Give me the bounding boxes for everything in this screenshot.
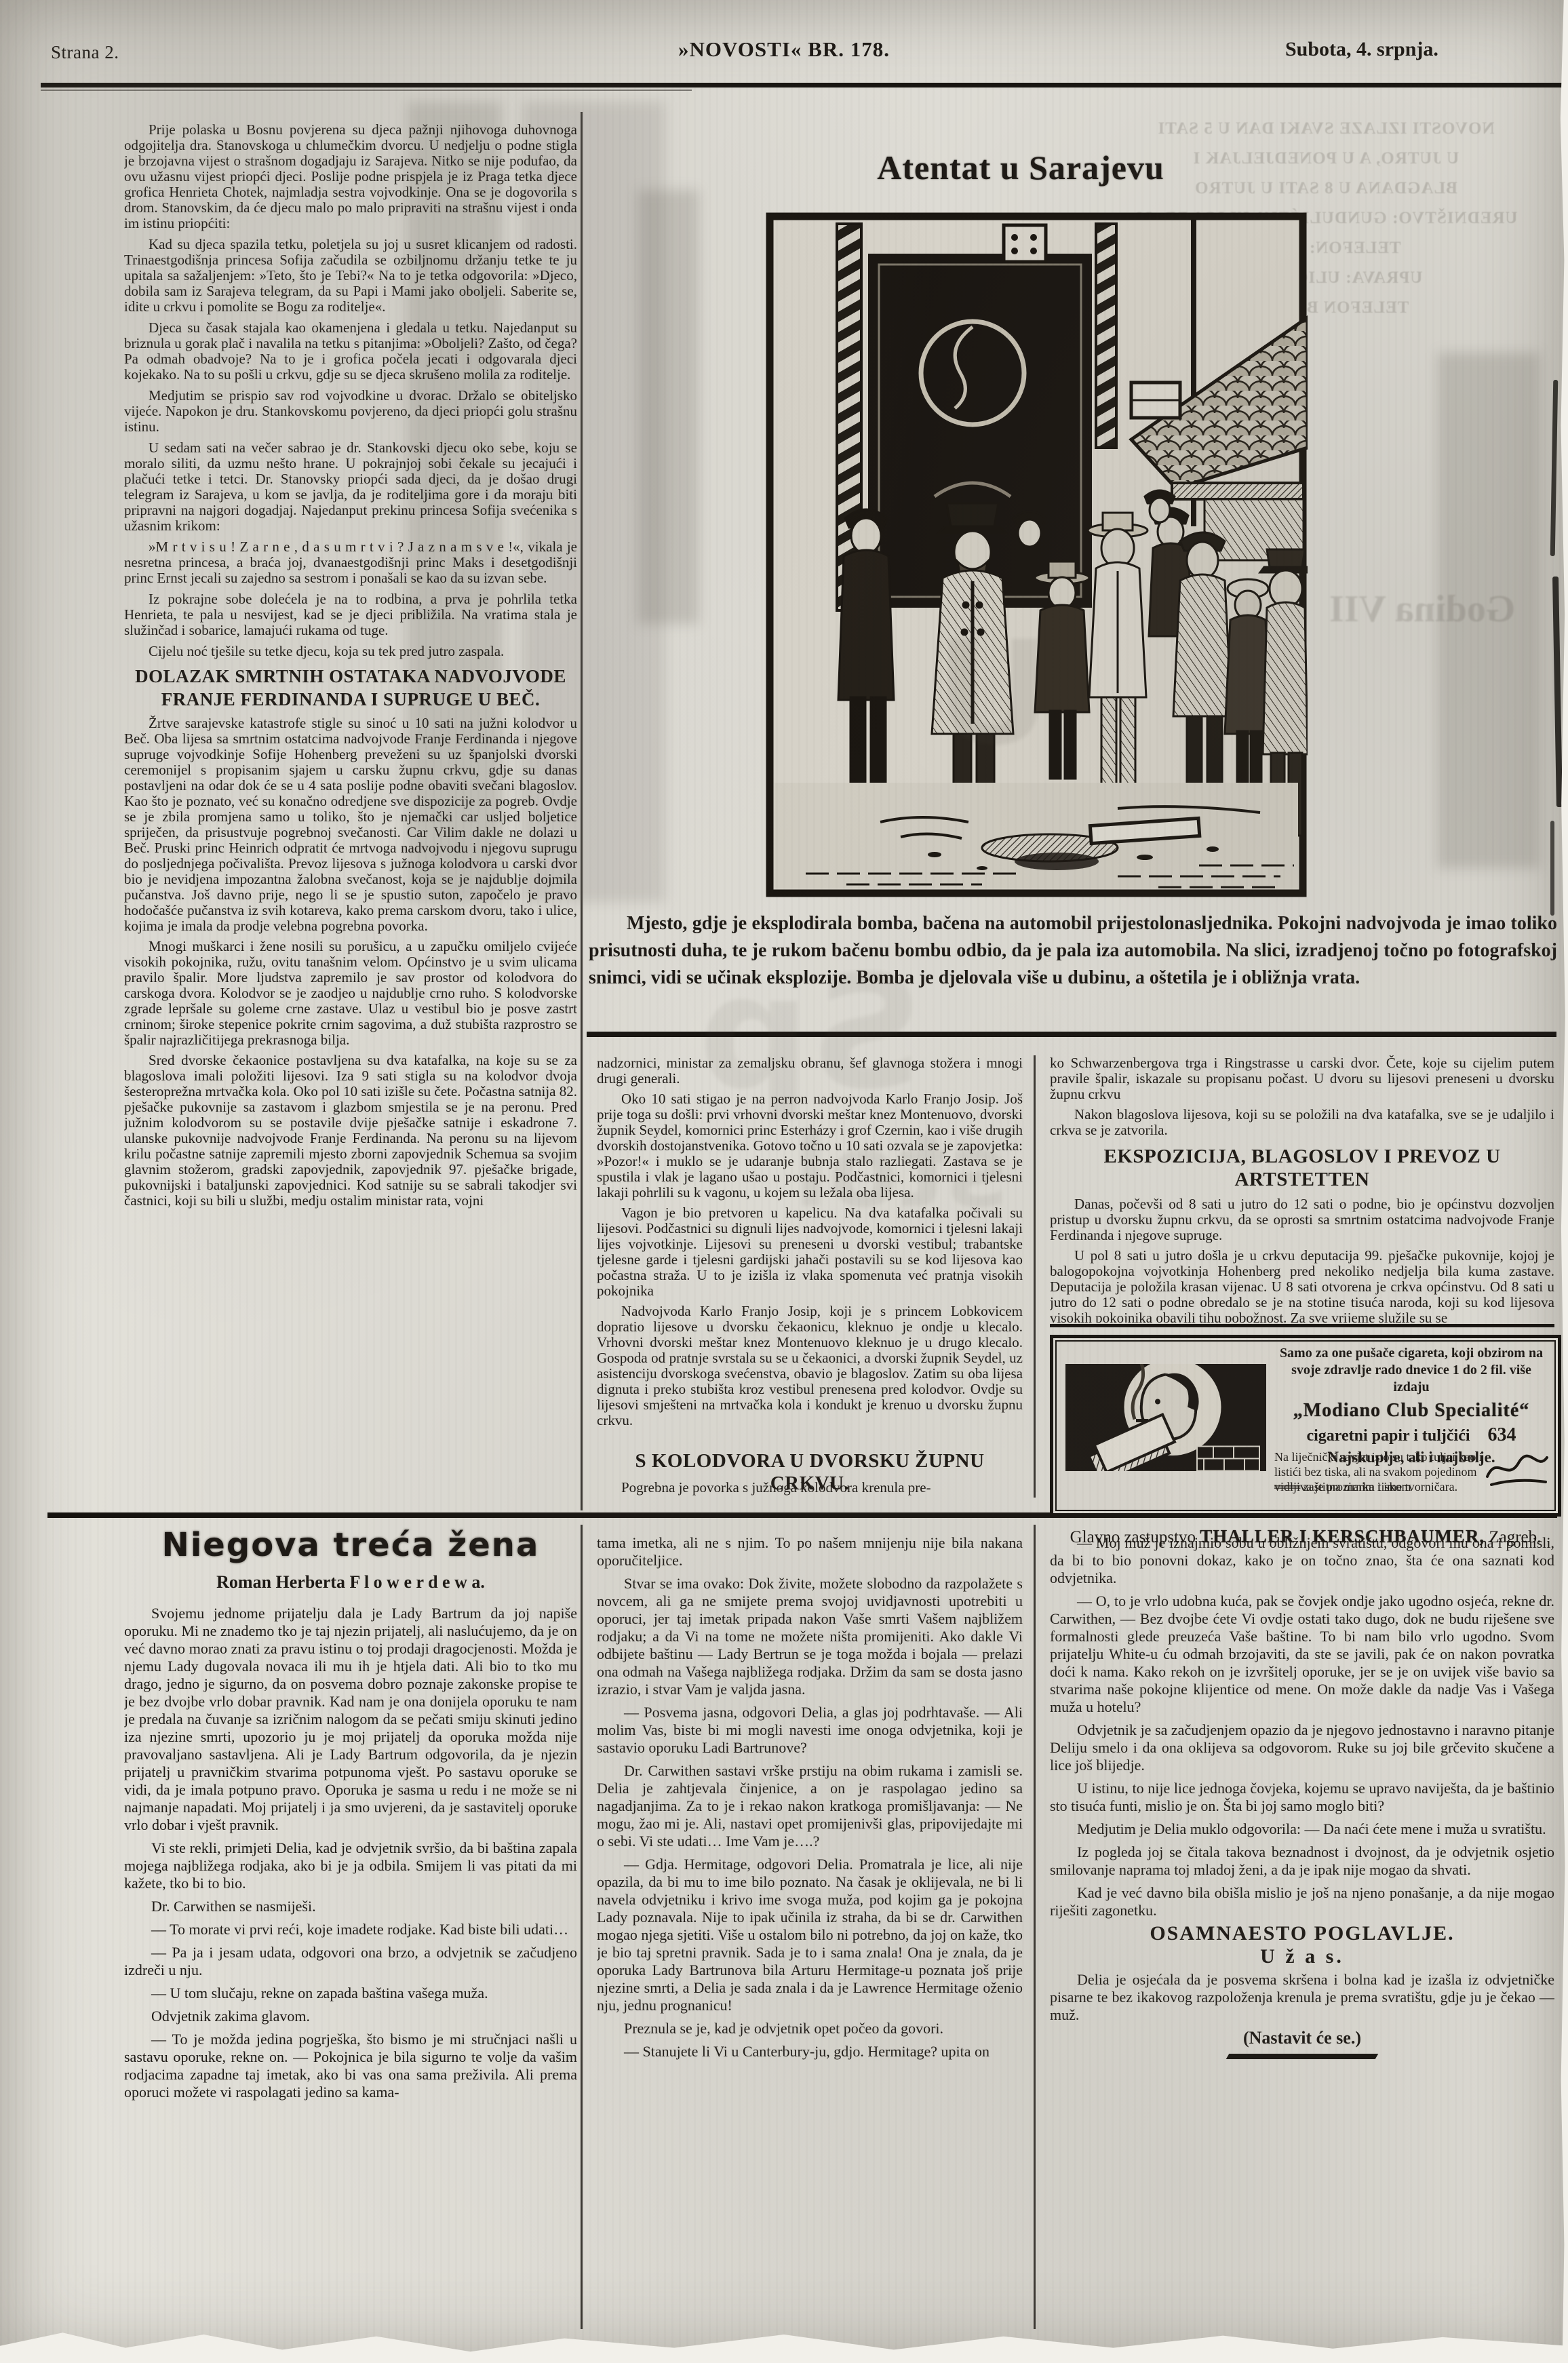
- paragraph: Pogrebna je povorka s južnoga kolodvora …: [597, 1480, 1023, 1496]
- paragraph: Oko 10 sati stigao je na perron nadvojvo…: [597, 1091, 1023, 1200]
- serial-title: Niegova treća žena: [124, 1526, 577, 1564]
- paragraph: Mnogi muškarci i žene nosili su porušicu…: [124, 939, 577, 1048]
- paragraph: Djeca su časak stajala kao okamenjena i …: [124, 320, 577, 383]
- paragraph: tama imetka, ali ne s njim. To po našem …: [597, 1534, 1023, 1569]
- news-column-2: nadzornici, ministar za zemaljsku obranu…: [597, 1055, 1023, 1445]
- paragraph: — Pa ja i jesam udata, odgovori ona brzo…: [124, 1944, 577, 1979]
- column-divider: [1034, 1055, 1036, 1498]
- paragraph: Vi ste rekli, primjeti Delia, kad je odv…: [124, 1839, 577, 1892]
- paragraph: »M r t v i s u ! Z a r n e , d a s u m r…: [124, 539, 577, 586]
- ghost-line: U JUTRO, A U PONEDJELJAK I: [1092, 144, 1560, 174]
- paragraph: Nadvojvoda Karlo Franjo Josip, koji je s…: [597, 1304, 1023, 1428]
- modiano-cigarette-paper-ad: Samo za one pušače cigareta, koji obziro…: [1050, 1335, 1561, 1517]
- paragraph: Iz pokrajne sobe dolećela je na to rodbi…: [124, 591, 577, 638]
- paragraph: Stvar se ima ovako: Dok živite, možete s…: [597, 1575, 1023, 1698]
- ad-signature-flourish: [1485, 1452, 1550, 1493]
- torn-paper-edge-right: [1559, 0, 1568, 2363]
- paragraph: — To morate vi prvi reći, koje imadete r…: [124, 1921, 577, 1938]
- ghost-year-text: Godina VII: [1329, 587, 1515, 631]
- scan-edge-streak: [1550, 821, 1554, 916]
- news-column-1: Prije polaska u Bosnu povjerena su djeca…: [124, 122, 577, 1479]
- issue-date: Subota, 4. srpnja.: [1285, 38, 1438, 61]
- chapter-heading: OSAMNAESTO POGLAVLJE.: [1050, 1925, 1554, 1942]
- paragraph: — Posvema jasna, odgovori Delia, a glas …: [597, 1704, 1023, 1757]
- paragraph: Vagon je bio pretvoren u kapelicu. Na dv…: [597, 1205, 1023, 1299]
- engraving-image: [765, 212, 1308, 898]
- paragraph: Danas, počevši od 8 sati u jutro do 12 s…: [1050, 1196, 1554, 1243]
- ad-separator-rule: [1050, 1324, 1554, 1327]
- scan-edge-streak: [1552, 577, 1563, 807]
- paragraph: Delia je osjećala da je posvema skršena …: [1050, 1971, 1554, 2024]
- ad-intro-line: svoje zdravlje rado dnevice 1 do 2 fil. …: [1274, 1362, 1548, 1396]
- paragraph: Iz pogleda joj se čitala takova beznadno…: [1050, 1843, 1554, 1879]
- newspaper-page: NOVOSTI IZLAZE SVAKI DAN U 5 SATI U JUTR…: [0, 0, 1568, 2363]
- ad-trademark-note: ═══ zaštitna marka i ime tvorničara.: [1274, 1479, 1478, 1494]
- paragraph: ko Schwarzenbergova trga i Ringstrasse u…: [1050, 1055, 1554, 1102]
- scan-smudge: [638, 190, 699, 624]
- paragraph: Dr. Carwithen sastavi vrške prstiju na o…: [597, 1762, 1023, 1850]
- paragraph: — O, to je vrlo udobna kuća, pak se čovj…: [1050, 1593, 1554, 1716]
- column-divider: [581, 112, 583, 1510]
- paragraph: Prije polaska u Bosnu povjerena su djeca…: [124, 122, 577, 231]
- paragraph: Dr. Carwithen se nasmiješi.: [124, 1898, 577, 1915]
- page-number-label: Strana 2.: [51, 42, 119, 63]
- paragraph: U sedam sati na večer sabrao je dr. Stan…: [124, 440, 577, 534]
- paragraph: Cijelu noć tješile su tetke djecu, koja …: [124, 644, 577, 659]
- paragraph: Žrtve sarajevske katastrofe stigle su si…: [124, 716, 577, 934]
- serial-column-2: tama imetka, ali ne s njim. To po našem …: [597, 1534, 1023, 2325]
- ad-product-line: cigaretni papir i tuljčići: [1306, 1427, 1470, 1445]
- chapter-subtitle: U ž a s.: [1050, 1948, 1554, 1966]
- paragraph: Svojemu jednome prijatelju dala je Lady …: [124, 1605, 577, 1834]
- column-divider: [1034, 1525, 1036, 2329]
- paragraph: U istinu, to nije lice jednoga čovjeka, …: [1050, 1780, 1554, 1815]
- ghost-large-letters: U: [936, 610, 1052, 777]
- header-rule-thin: [41, 90, 692, 91]
- paragraph: nadzornici, ministar za zemaljsku obranu…: [597, 1055, 1023, 1087]
- paragraph: U pol 8 sati u jutro došla je u crkvu de…: [1050, 1248, 1554, 1323]
- illustration-caption: Mjesto, gdje je eksplodirala bomba, bače…: [589, 910, 1557, 992]
- end-flourish-rule: [1226, 2054, 1379, 2059]
- ad-intro-line: Samo za one pušače cigareta, koji obziro…: [1274, 1345, 1548, 1362]
- paragraph: — Stanujete li Vi u Canterbury-ju, gdjo.…: [597, 2043, 1023, 2061]
- section-heading-exposition: EKSPOZICIJA, BLAGOSLOV I PREVOZ U ARTSTE…: [1050, 1145, 1554, 1191]
- torn-paper-edge-bottom: [0, 2325, 1568, 2363]
- ad-copy: Samo za one pušače cigareta, koji obziro…: [1274, 1345, 1548, 1466]
- sarajevo-assassination-site-engraving: [765, 212, 1308, 898]
- ghost-line: BLAGDANA U 8 SATI U JUTRO: [1092, 174, 1560, 203]
- to-be-continued-note: (Nastavit će se.): [1050, 2029, 1554, 2047]
- paragraph: — Moj muž je iznajmio sobu u obližnjem s…: [1050, 1534, 1554, 1587]
- paragraph: Preznula se je, kad je odvjetnik opet po…: [597, 2020, 1023, 2037]
- paragraph: Odvjetnik zakima glavom.: [124, 2008, 577, 2025]
- paragraph: — U tom slučaju, rekne on zapada baština…: [124, 1985, 577, 2002]
- serial-author: Roman Herberta F l o w e r d e w a.: [124, 1572, 577, 1593]
- serial-column-1: Svojemu jednome prijatelju dala je Lady …: [124, 1605, 577, 2325]
- header-rule: [41, 83, 1564, 87]
- paragraph: — Gdja. Hermitage, odgovori Delia. Proma…: [597, 1856, 1023, 2014]
- paragraph: Nakon blagoslova lijesova, koji su se po…: [1050, 1107, 1554, 1138]
- ad-reference-number: 634: [1488, 1424, 1516, 1446]
- smoker-illustration: [1064, 1364, 1268, 1471]
- column-divider: [581, 1525, 583, 2329]
- ad-brand-name: „Modiano Club Specialité“: [1274, 1400, 1548, 1422]
- paragraph: Medjutim se prispio sav rod vojvodkine u…: [124, 388, 577, 435]
- ghost-line: NOVOSTI IZLAZE SVAKI DAN U 5 SATI: [1092, 114, 1560, 144]
- paragraph: Odvjetnik je sa začudjenjem opazio da je…: [1050, 1721, 1554, 1774]
- serial-column-3: — Moj muž je iznajmio sobu u obližnjem s…: [1050, 1534, 1554, 2325]
- paragraph: Kad su djeca spazila tetku, poletjela su…: [124, 237, 577, 315]
- masthead-title: »NOVOSTI« BR. 178.: [678, 37, 890, 62]
- scan-edge-streak: [1550, 380, 1559, 556]
- paragraph: — To je možda jedina pogrješka, što bism…: [124, 2031, 577, 2101]
- news-column-3: ko Schwarzenbergova trga i Ringstrasse u…: [1050, 1055, 1554, 1323]
- paragraph: Kad je već davno bila obišla mislio je j…: [1050, 1884, 1554, 1919]
- paragraph: Medjutim je Delia muklo odgovorila: — Da…: [1050, 1820, 1554, 1838]
- paragraph: Sred dvorske čekaonice postavljena su dv…: [124, 1053, 577, 1209]
- section-heading-arrival: DOLAZAK SMRTNIH OSTATAKA NADVOJVODE FRAN…: [124, 665, 577, 711]
